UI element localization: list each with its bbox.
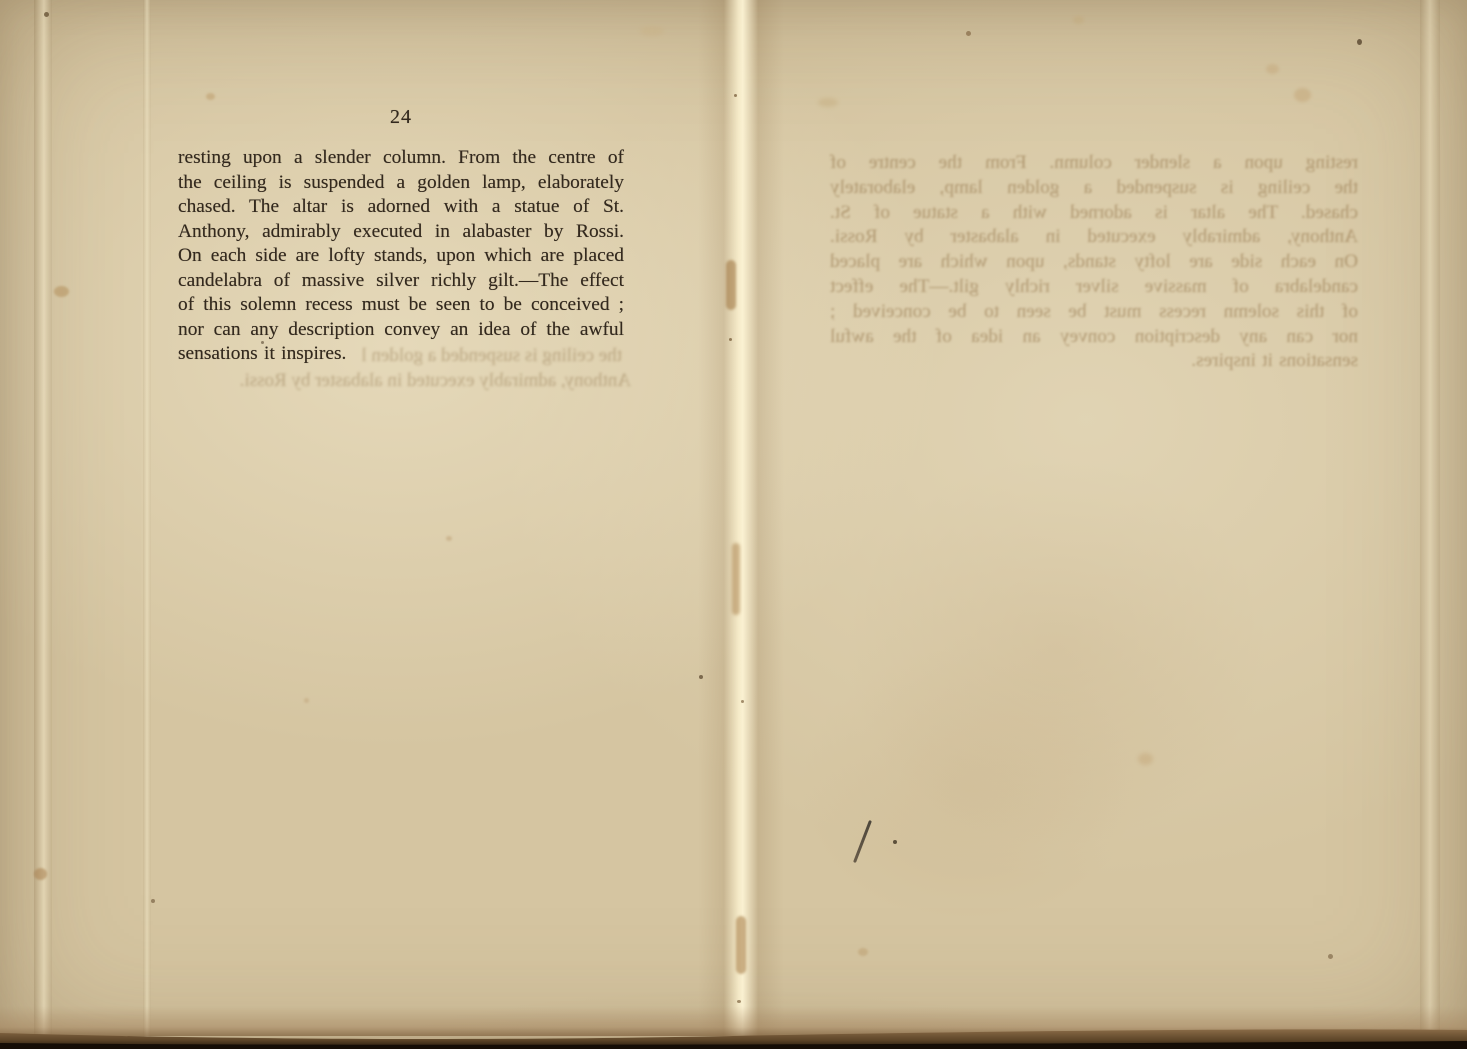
stain-spot	[1073, 16, 1084, 24]
stain-spot	[44, 12, 49, 17]
stain-spot	[893, 840, 897, 844]
show-through-line: the ceiling is suspended a golden lamp, …	[830, 176, 1358, 201]
book-scan: 24 resting upon a slender column. From t…	[0, 0, 1467, 1049]
text-line: candelabra of massive silver richly gilt…	[178, 269, 624, 294]
stain-spot	[1357, 39, 1362, 45]
text-line: resting upon a slender column. From the …	[178, 146, 624, 171]
gutter-stain	[732, 543, 740, 615]
stain-spot	[1266, 64, 1279, 74]
text-line: chased. The altar is adorned with a stat…	[178, 195, 624, 220]
gutter-speck	[734, 94, 737, 97]
stain-spot	[304, 698, 309, 703]
show-through-line: Anthony, admirably executed in alabaster…	[179, 369, 631, 393]
text-line: the ceiling is suspended a golden lamp, …	[178, 171, 624, 196]
show-through-line: the ceiling is suspended a golden lamp, …	[362, 344, 622, 368]
stain-spot	[151, 899, 155, 903]
stain-spot	[1294, 88, 1311, 102]
gutter-speck	[741, 700, 744, 703]
show-through-line: On each side are lofty stands, upon whic…	[830, 250, 1358, 275]
show-through-line: sensations it inspires.	[830, 349, 1358, 374]
show-through-line: nor can any description convey an idea o…	[830, 325, 1358, 350]
show-through-line: of this solemn recess must be seen to be…	[830, 300, 1358, 325]
stain-spot	[966, 31, 971, 36]
stain-spot	[1138, 753, 1153, 765]
gutter-stain	[726, 260, 736, 310]
show-through-line: resting upon a slender column. From the …	[830, 151, 1358, 176]
stain-spot	[54, 286, 69, 297]
text-line: Anthony, admirably executed in alabaster…	[178, 220, 624, 245]
binding-gutter	[698, 0, 784, 1049]
stain-spot	[446, 536, 452, 541]
gutter-speck	[737, 1000, 741, 1003]
right-page-fold-line	[1420, 0, 1440, 1049]
text-line: On each side are lofty stands, upon whic…	[178, 244, 624, 269]
stain-spot	[818, 98, 838, 107]
stain-spot	[640, 26, 664, 36]
body-text-paragraph: resting upon a slender column. From the …	[178, 146, 624, 367]
stain-spot	[858, 948, 868, 956]
left-page-fold-line	[34, 0, 52, 1049]
gutter-stain	[736, 916, 746, 974]
stain-spot	[34, 868, 47, 880]
page-number: 24	[178, 106, 624, 129]
stain-spot	[1328, 954, 1333, 959]
show-through-line: candelabra of massive silver richly gilt…	[830, 275, 1358, 300]
book-bottom-edge	[0, 1019, 1467, 1049]
stain-spot	[206, 93, 215, 100]
show-through-text-block: resting upon a slender column. From the …	[830, 151, 1358, 374]
stain-spot	[699, 675, 703, 679]
text-line: nor can any description convey an idea o…	[178, 318, 624, 343]
show-through-line: Anthony, admirably executed in alabaster…	[830, 225, 1358, 250]
left-page-inner-crease	[143, 0, 151, 1049]
text-line: of this solemn recess must be seen to be…	[178, 293, 624, 318]
gutter-speck	[729, 338, 732, 341]
show-through-line: chased. The altar is adorned with a stat…	[830, 201, 1358, 226]
pencil-mark	[853, 820, 872, 863]
